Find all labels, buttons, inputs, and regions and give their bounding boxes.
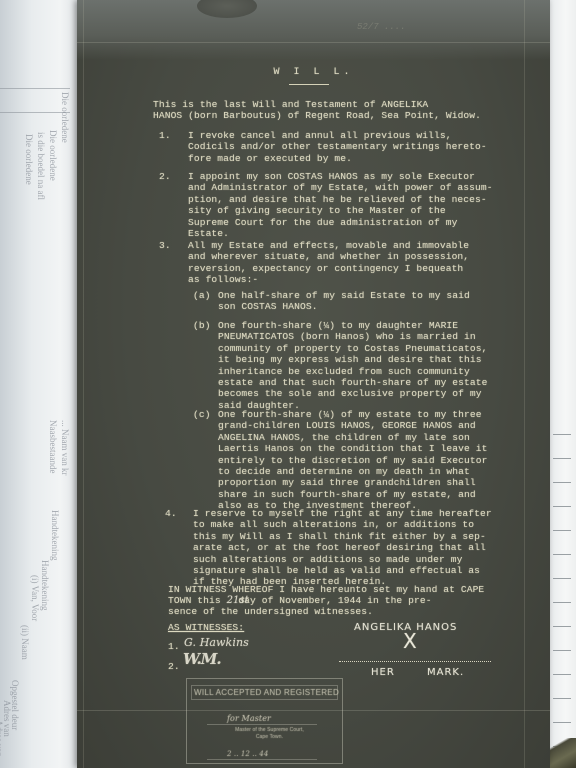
- ruled-line: [553, 530, 571, 531]
- stamp-city: Cape Town.: [256, 734, 283, 740]
- clause-1-text: I revoke cancel and annul all previous w…: [188, 130, 487, 164]
- left-page-text: Die oorledene: [48, 130, 58, 181]
- witness-clause-line: TOWN this 21st day of November, 1944 in …: [168, 595, 432, 606]
- document-title: W I L L.: [77, 67, 550, 78]
- ruled-line: [553, 554, 571, 555]
- ruled-line: [553, 722, 571, 723]
- witness-number: 1.: [168, 641, 180, 652]
- ruled-line: [553, 506, 571, 507]
- ruled-line: [553, 698, 571, 699]
- witnesses-label: AS WITNESSES:: [168, 622, 244, 633]
- testator-mark: X: [403, 636, 417, 647]
- subclause-label: (b): [193, 320, 211, 331]
- her-label: HER: [371, 667, 395, 678]
- left-page-text: Die oorledene: [24, 134, 34, 185]
- stamp-office: Master of the Supreme Court,Cape Town.: [207, 727, 332, 741]
- title-underline: [289, 84, 329, 85]
- clause-2-text: I appoint my son COSTAS HANOS as my sole…: [188, 171, 493, 239]
- stamp-line: [207, 759, 317, 760]
- clause-number: 4.: [165, 508, 177, 519]
- left-page-text: (ii) Naam: [20, 625, 30, 660]
- clause-4-text: I reserve to myself the right at any tim…: [193, 508, 492, 588]
- witness-2-signature: W.M.: [183, 654, 221, 665]
- clause-number: 2.: [159, 171, 171, 182]
- left-page-text: Adres van: [0, 720, 4, 757]
- stamp-signature: for Master: [227, 713, 271, 724]
- ruled-line: [553, 482, 571, 483]
- preamble: This is the last Will and Testament of A…: [153, 99, 481, 122]
- left-page-text: is die boedel na afl: [36, 132, 46, 200]
- ruled-line: [553, 578, 571, 579]
- subclause-c-text: One fourth-share (¼) of my estate to my …: [218, 409, 487, 512]
- witness-1-signature: G. Hawkins: [184, 637, 249, 648]
- witness-number: 2.: [168, 661, 180, 672]
- ruled-line: [553, 674, 571, 675]
- clause-3-text: All my Estate and effects, movable and i…: [188, 240, 469, 286]
- witness-clause-line: IN WITNESS WHEREOF I have hereunto set m…: [168, 584, 484, 595]
- left-page-text: Handtekening: [40, 560, 50, 610]
- stamp-title: WILL ACCEPTED AND REGISTERED: [191, 685, 338, 700]
- clause-number: 3.: [159, 240, 171, 251]
- witness-clause-text: day of November, 1944 in the pre-: [227, 595, 432, 606]
- left-page-text: (i) Van, Voor: [30, 575, 40, 621]
- left-page-text: Die oorledene: [60, 92, 70, 143]
- subclause-label: (c): [193, 409, 211, 420]
- signature-line: [339, 661, 491, 662]
- subclause-a-text: One half-share of my said Estate to my s…: [218, 290, 470, 313]
- ruled-line: [553, 650, 571, 651]
- left-page-text: Handtekening: [50, 510, 60, 560]
- mark-label: MARK.: [427, 667, 464, 678]
- stamp-line: [207, 724, 317, 725]
- left-page-text: Naasbestaande: [48, 420, 58, 473]
- left-page-text: ... Naam van kr: [60, 420, 70, 475]
- right-book-page: [550, 0, 576, 768]
- will-document: 52/7 .... W I L L. This is the last Will…: [77, 0, 550, 768]
- clause-number: 1.: [159, 130, 171, 141]
- page-rule: [0, 88, 70, 89]
- subclause-b-text: One fourth-share (¼) to my daughter MARI…: [218, 320, 487, 411]
- registration-stamp: WILL ACCEPTED AND REGISTERED for Master …: [186, 678, 343, 764]
- stamp-office-text: Master of the Supreme Court,: [235, 727, 304, 733]
- ruled-line: [553, 458, 571, 459]
- subclause-label: (a): [193, 290, 211, 301]
- ruled-line: [553, 434, 571, 435]
- left-book-page: Die oorledene Die oorledene is die boede…: [0, 0, 80, 768]
- ruled-line: [553, 602, 571, 603]
- ruled-line: [553, 626, 571, 627]
- handwritten-day: 21st: [227, 595, 249, 606]
- witness-clause-text: TOWN this: [168, 595, 227, 606]
- witness-clause-line: sence of the undersigned witnesses.: [168, 606, 373, 617]
